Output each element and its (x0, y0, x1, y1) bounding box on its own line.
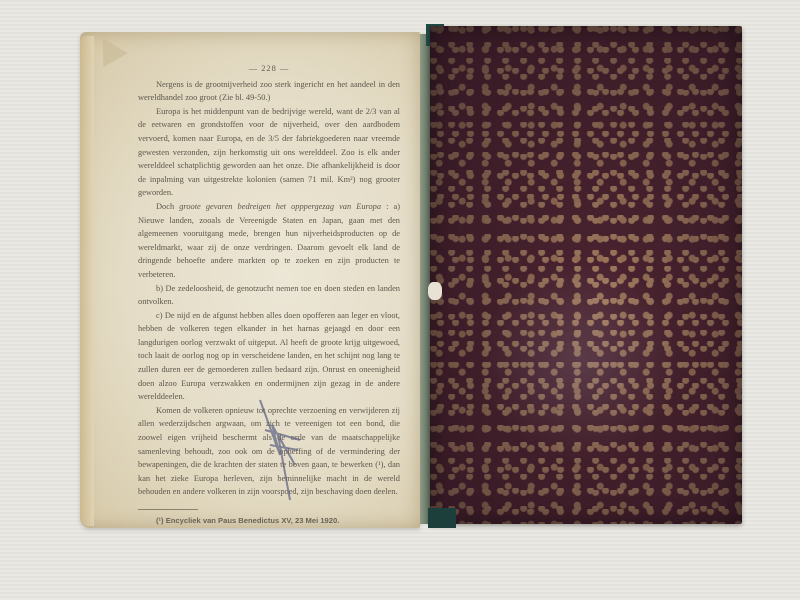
paragraph-threats: Doch groote gevaren bedreigen het oppper… (138, 200, 400, 282)
photo-scene: — 228 — Nergens is de grootnijverheid zo… (0, 0, 800, 600)
paragraph: c) De nijd en de afgunst hebben alles do… (138, 309, 400, 404)
spine-cloth-bottom (428, 508, 456, 528)
paragraph: Europa is het middenpunt van de bedrijvi… (138, 105, 400, 200)
footnote-divider (138, 509, 198, 510)
spine-hinge (420, 34, 430, 524)
cover-glare (480, 260, 680, 460)
text-span: : a) Nieuwe landen, zooals de Vereenigde… (138, 202, 400, 279)
cover-damage-chip (428, 282, 442, 300)
page-number: — 228 — (138, 62, 400, 76)
italic-emphasis: groote gevaren bedreigen het opppergezag… (179, 202, 381, 211)
pen-scribble-mark (250, 395, 310, 505)
paragraph: Nergens is de grootnijverheid zoo sterk … (138, 78, 400, 105)
paragraph: b) De zedeloosheid, de genotzucht nemen … (138, 282, 400, 309)
page-edge (80, 36, 94, 526)
text-span: Doch (156, 202, 179, 211)
footnote: (¹) Encycliek van Paus Benedictus XV, 23… (138, 514, 400, 528)
